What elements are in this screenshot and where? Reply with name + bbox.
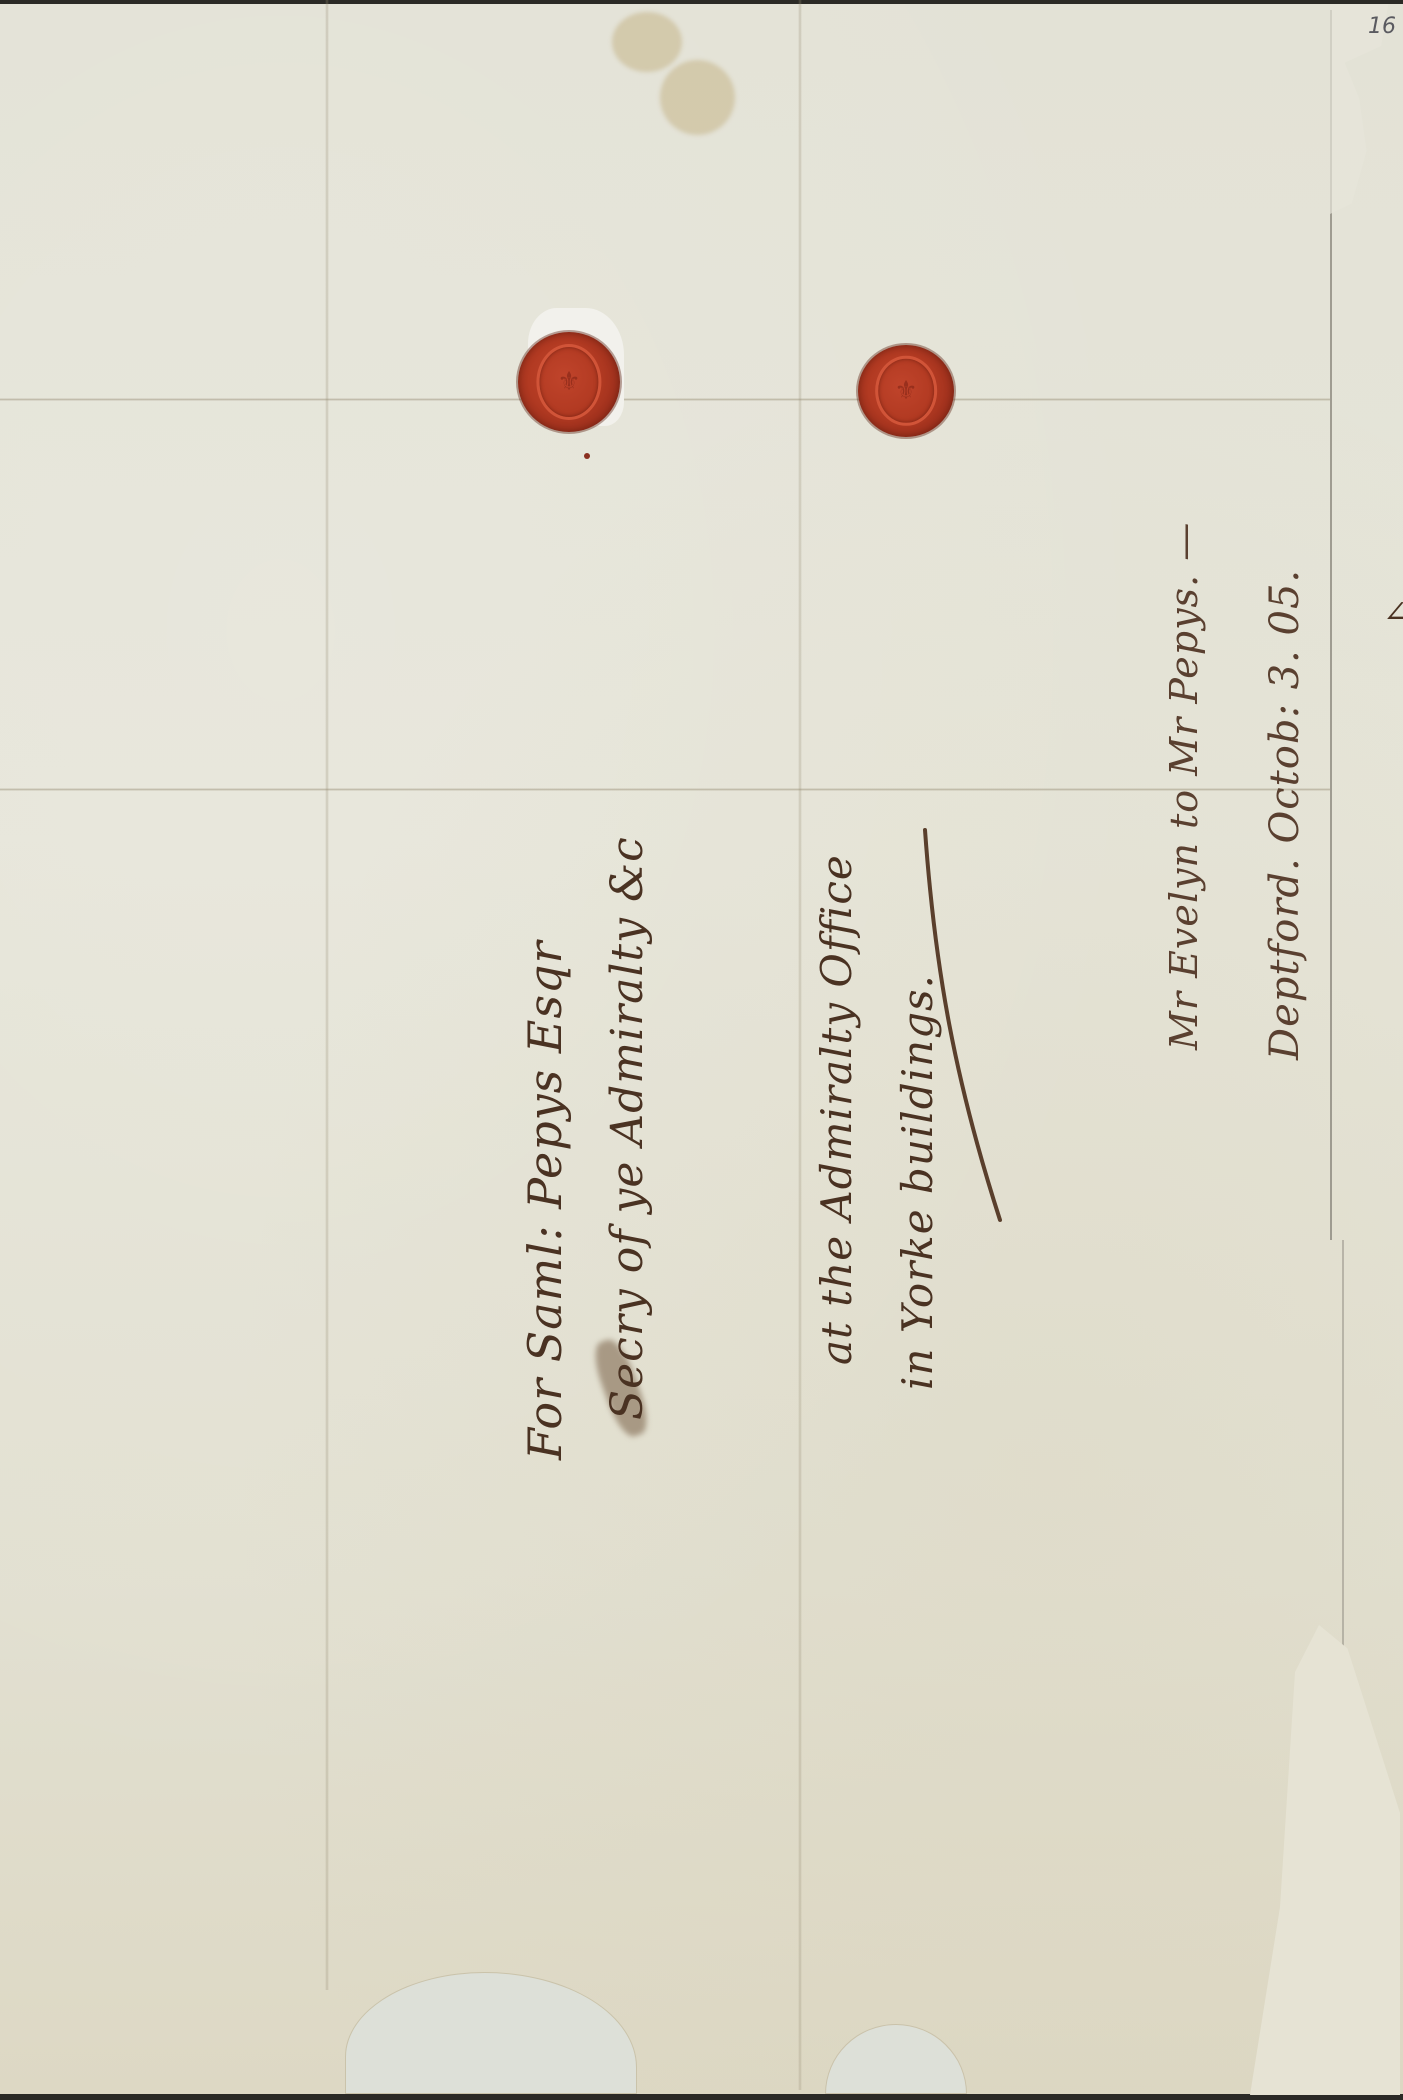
letter-page: ⚜ ⚜ 16 Deptford. Octob: 3. 05. Mr Evelyn… [0, 0, 1403, 2100]
address-line-1: For Saml: Pepys Esqr [518, 941, 572, 1461]
scan-top-border [0, 0, 1403, 4]
address-line-2: Secry of ye Admiralty &c [602, 836, 653, 1420]
fold-line-vertical-right [798, 0, 802, 2090]
scan-bottom-border [0, 2094, 1403, 2100]
fold-line-horizontal-lower [0, 788, 1330, 791]
paper-loss-bottom-left [345, 1972, 637, 2094]
folded-flap-bottom-right [1250, 1625, 1400, 2095]
address-line-3: at the Admiralty Office [812, 854, 861, 1365]
wax-seal-right: ⚜ [858, 345, 954, 437]
fold-line-horizontal-upper [0, 398, 1330, 401]
fold-line-vertical-left [325, 0, 329, 1990]
water-stain-top-1 [612, 12, 682, 72]
docket-line-1: Deptford. Octob: 3. 05. [1262, 569, 1308, 1060]
docket-line-2: Mr Evelyn to Mr Pepys. — [1162, 522, 1206, 1050]
wax-seal-left: ⚜ [518, 332, 620, 432]
fleur-de-lis-icon: ⚜ [557, 367, 580, 397]
paper-loss-bottom-right [825, 2024, 967, 2094]
water-stain-top-2 [660, 60, 735, 135]
fleur-de-lis-icon: ⚜ [894, 376, 917, 406]
pen-flourish [900, 820, 1020, 1240]
wax-drip [584, 453, 590, 459]
folio-number: 16 [1368, 14, 1396, 39]
partial-glyph-cut-off: ∠ [1383, 595, 1403, 630]
